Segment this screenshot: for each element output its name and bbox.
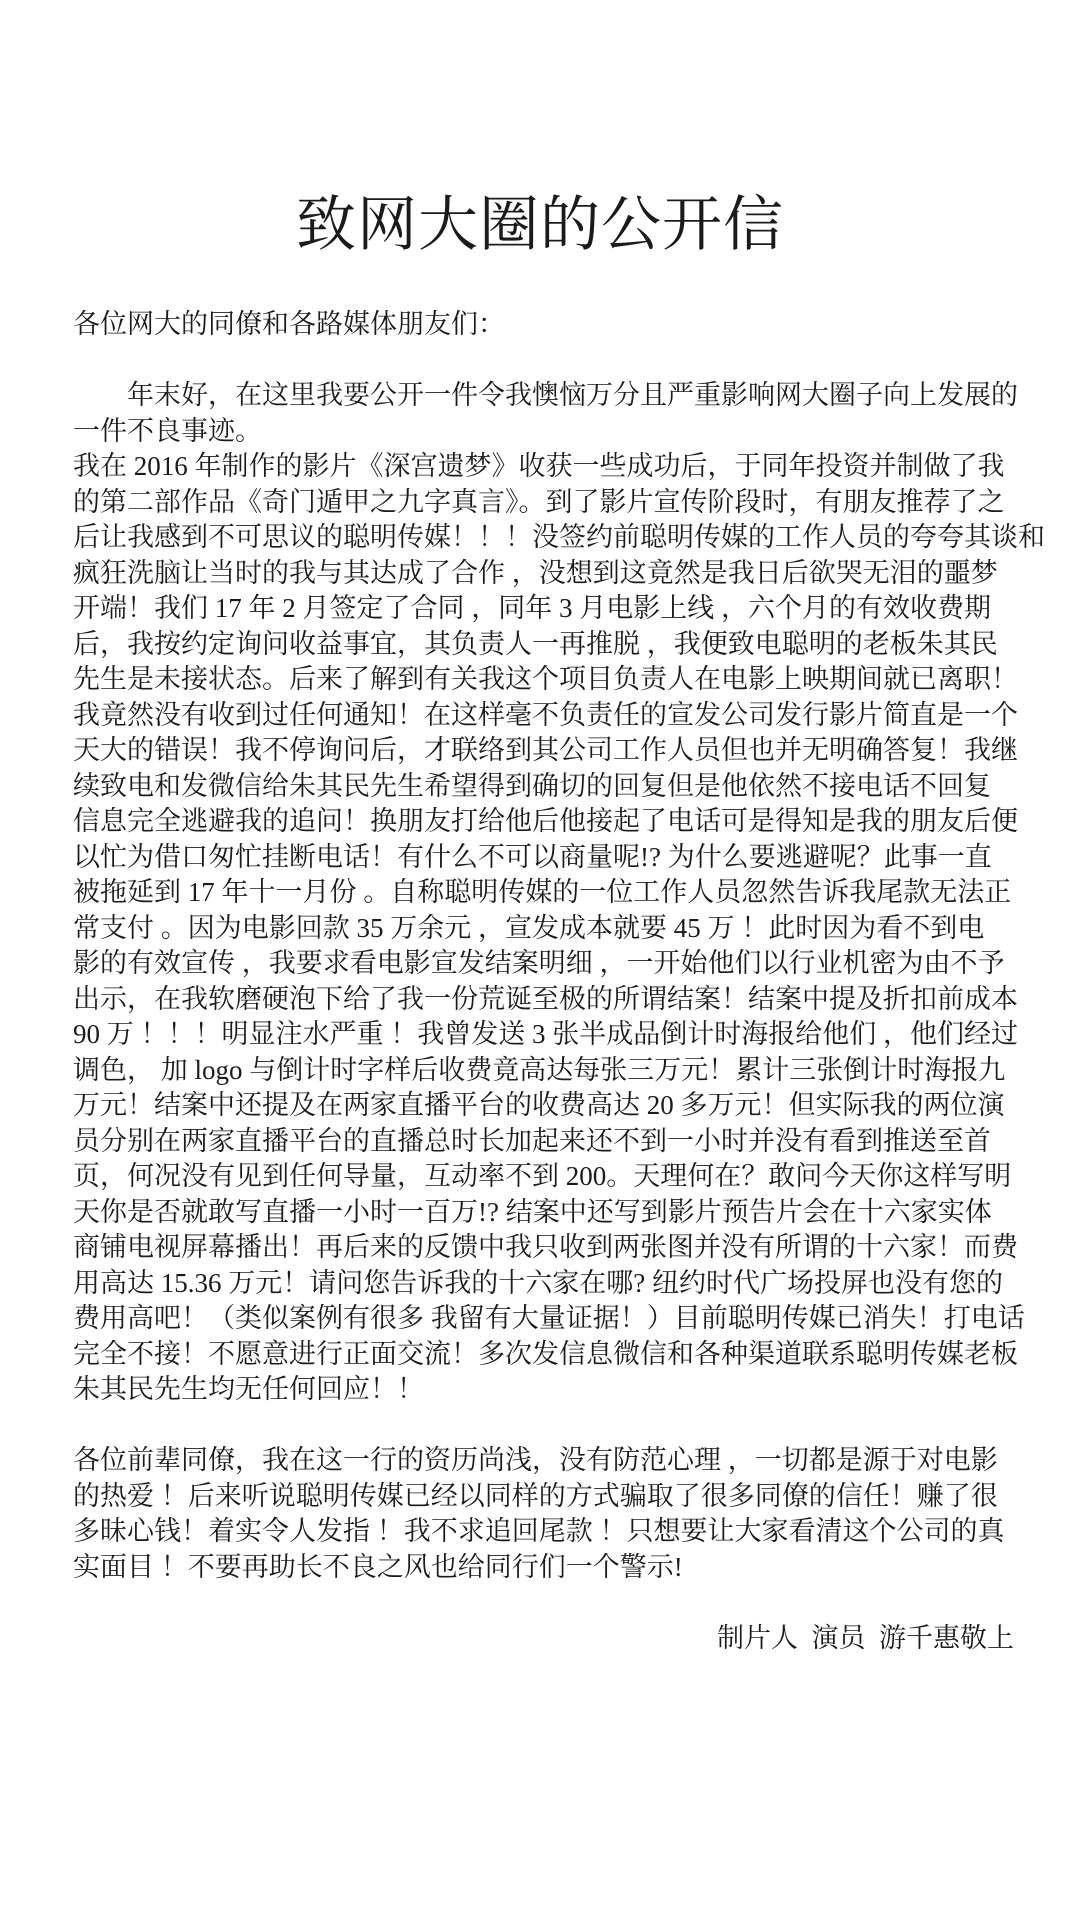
letter-line: 实面目 ！不要再助长不良之风也给同行们一个警示! [73, 1550, 1014, 1586]
letter-line: 以忙为借口匆忙挂断电话！有什么不可以商量呢!? 为什么要逃避呢？此事一直 [73, 840, 1014, 876]
letter-line: 的热爱 ！后来听说聪明传媒已经以同样的方式骗取了很多同僚的信任！赚了很 [73, 1479, 1014, 1515]
letter-body: 各位网大的同僚和各路媒体朋友们： 年末好，在这里我要公开一件令我懊恼万分且严重影… [73, 307, 1014, 1656]
letter-line: 续致电和发微信给朱其民先生希望得到确切的回复但是他依然不接电话不回复 [73, 769, 1014, 805]
letter-line: 我竟然没有收到过任何通知！在这样毫不负责任的宣发公司发行影片简直是一个 [73, 698, 1014, 734]
letter-line: 后让我感到不可思议的聪明传媒！！！没签约前聪明传媒的工作人员的夸夸其谈和 [73, 520, 1014, 556]
letter-line: 员分别在两家直播平台的直播总时长加起来还不到一小时并没有看到推送至首 [73, 1124, 1014, 1160]
letter-line: 万元！结案中还提及在两家直播平台的收费高达 20 多万元！但实际我的两位演 [73, 1088, 1014, 1124]
letter-line [73, 1585, 1014, 1621]
letter-line: 朱其民先生均无任何回应！！ [73, 1372, 1014, 1408]
letter-line: 各位前辈同僚，我在这一行的资历尚浅，没有防范心理 ，一切都是源于对电影 [73, 1443, 1014, 1479]
letter-line: 完全不接！不愿意进行正面交流！多次发信息微信和各种渠道联系聪明传媒老板 [73, 1337, 1014, 1373]
letter-line: 先生是未接状态。后来了解到有关我这个项目负责人在电影上映期间就已离职！ [73, 662, 1014, 698]
letter-line: 一件不良事迹。 [73, 414, 1014, 450]
letter-line: 调色， 加 logo 与倒计时字样后收费竟高达每张三万元！累计三张倒计时海报九 [73, 1053, 1014, 1089]
letter-line: 常支付 。因为电影回款 35 万余元 ，宣发成本就要 45 万 ！此时因为看不到… [73, 911, 1014, 947]
letter-line: 费用高吧！（类似案例有很多 我留有大量证据！）目前聪明传媒已消失！打电话 [73, 1301, 1014, 1337]
letter-line: 90 万 ！！！明显注水严重 ！我曾发送 3 张半成品倒计时海报给他们 ，他们经… [73, 1017, 1014, 1053]
letter-line: 天你是否就敢写直播一小时一百万!? 结案中还写到影片预告片会在十六家实体 [73, 1195, 1014, 1231]
letter-line: 影的有效宣传 ，我要求看电影宣发结案明细 ，一开始他们以行业机密为由不予 [73, 946, 1014, 982]
letter-line: 信息完全逃避我的追问！换朋友打给他后他接起了电话可是得知是我的朋友后便 [73, 804, 1014, 840]
letter-line: 后，我按约定询问收益事宜，其负责人一再推脱 ，我便致电聪明的老板朱其民 [73, 627, 1014, 663]
letter-lines: 年末好，在这里我要公开一件令我懊恼万分且严重影响网大圈子向上发展的一件不良事迹。… [73, 343, 1014, 1621]
letter-page: 致网大圈的公开信 各位网大的同僚和各路媒体朋友们： 年末好，在这里我要公开一件令… [0, 0, 1080, 1920]
salutation: 各位网大的同僚和各路媒体朋友们： [73, 307, 1014, 343]
letter-line: 多昧心钱！着实令人发指 ！我不求追回尾款 ！只想要让大家看清这个公司的真 [73, 1514, 1014, 1550]
letter-line: 商铺电视屏幕播出！再后来的反馈中我只收到两张图并没有所谓的十六家！而费 [73, 1230, 1014, 1266]
letter-line: 年末好，在这里我要公开一件令我懊恼万分且严重影响网大圈子向上发展的 [73, 378, 1014, 414]
letter-title: 致网大圈的公开信 [0, 0, 1080, 257]
letter-line: 的第二部作品《奇门遁甲之九字真言》。到了影片宣传阶段时，有朋友推荐了之 [73, 485, 1014, 521]
letter-line: 被拖延到 17 年十一月份 。自称聪明传媒的一位工作人员忽然告诉我尾款无法正 [73, 875, 1014, 911]
letter-line: 用高达 15.36 万元！请问您告诉我的十六家在哪? 纽约时代广场投屏也没有您的 [73, 1266, 1014, 1302]
letter-line: 我在 2016 年制作的影片《深宫遗梦》收获一些成功后，于同年投资并制做了我 [73, 449, 1014, 485]
letter-line: 天大的错误！我不停询问后，才联络到其公司工作人员但也并无明确答复！我继 [73, 733, 1014, 769]
signature: 制片人 演员 游千惠敬上 [73, 1621, 1014, 1657]
letter-line: 疯狂洗脑让当时的我与其达成了合作 ，没想到这竟然是我日后欲哭无泪的噩梦 [73, 556, 1014, 592]
letter-line: 开端！我们 17 年 2 月签定了合同 ，同年 3 月电影上线 ，六个月的有效收… [73, 591, 1014, 627]
letter-line [73, 1408, 1014, 1444]
letter-line: 出示，在我软磨硬泡下给了我一份荒诞至极的所谓结案！结案中提及折扣前成本 [73, 982, 1014, 1018]
letter-line: 页，何况没有见到任何导量，互动率不到 200。天理何在？敢问今天你这样写明 [73, 1159, 1014, 1195]
letter-line [73, 343, 1014, 379]
